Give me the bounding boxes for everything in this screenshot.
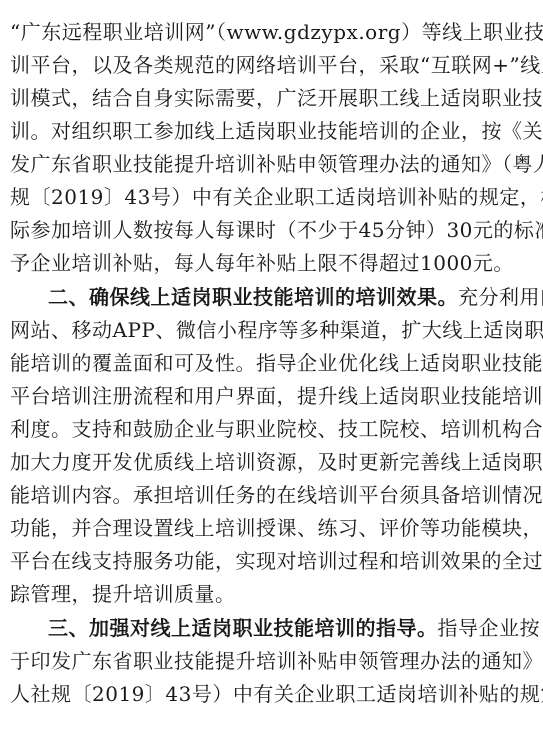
- text-line: 网站、移动APP、微信小程序等多种渠道，扩大线上适岗职业技: [10, 314, 500, 347]
- text-line: 训。对组织职工参加线上适岗职业技能培训的企业，按《关于印: [10, 115, 500, 148]
- document-page: “广东远程职业培训网”（www.gdzypx.org）等线上职业技能培 训平台，…: [0, 0, 543, 729]
- section-heading-line: 二、确保线上适岗职业技能培训的培训效果。充分利用门户: [48, 281, 500, 314]
- text-line: 利度。支持和鼓励企业与职业院校、技工院校、培训机构合作，: [10, 413, 500, 446]
- text-line: 能培训的覆盖面和可及性。指导企业优化线上适岗职业技能培训: [10, 347, 500, 380]
- text-line: 规〔2019〕43号）中有关企业职工适岗培训补贴的规定，根据实: [10, 181, 500, 214]
- text-line: 训平台，以及各类规范的网络培训平台，采取“互联网+”线上培: [10, 49, 500, 82]
- text-run: 充分利用门户: [458, 285, 543, 309]
- text-line: 平台培训注册流程和用户界面，提升线上适岗职业技能培训的便: [10, 380, 500, 413]
- text-line: 于印发广东省职业技能提升培训补贴申领管理办法的通知》（粤: [10, 645, 500, 678]
- text-line: 际参加培训人数按每人每课时（不少于45分钟）30元的标准给: [10, 214, 500, 247]
- text-line: “广东远程职业培训网”（www.gdzypx.org）等线上职业技能培: [10, 16, 500, 49]
- text-line: 加大力度开发优质线上培训资源，及时更新完善线上适岗职业技: [10, 446, 500, 479]
- section-heading: 三、加强对线上适岗职业技能培训的指导。: [48, 616, 438, 640]
- text-line: 发广东省职业技能提升培训补贴申领管理办法的通知》（粤人社: [10, 148, 500, 181]
- text-line: 平台在线支持服务功能，实现对培训过程和培训效果的全过程跟: [10, 545, 500, 578]
- section-heading: 二、确保线上适岗职业技能培训的培训效果。: [48, 285, 458, 309]
- text-run: 指导企业按《关: [438, 616, 543, 640]
- text-line: 人社规〔2019〕43号）中有关企业职工适岗培训补贴的规定开展: [10, 678, 500, 711]
- text-line: 踪管理，提升培训质量。: [10, 578, 500, 611]
- text-line: 予企业培训补贴，每人每年补贴上限不得超过1000元。: [10, 247, 500, 280]
- text-line: 能培训内容。承担培训任务的在线培训平台须具备培训情况记录: [10, 479, 500, 512]
- text-line: 训模式，结合自身实际需要，广泛开展职工线上适岗职业技能培: [10, 82, 500, 115]
- section-heading-line: 三、加强对线上适岗职业技能培训的指导。指导企业按《关: [48, 612, 500, 645]
- text-line: 功能，并合理设置线上培训授课、练习、评价等功能模块，完善: [10, 512, 500, 545]
